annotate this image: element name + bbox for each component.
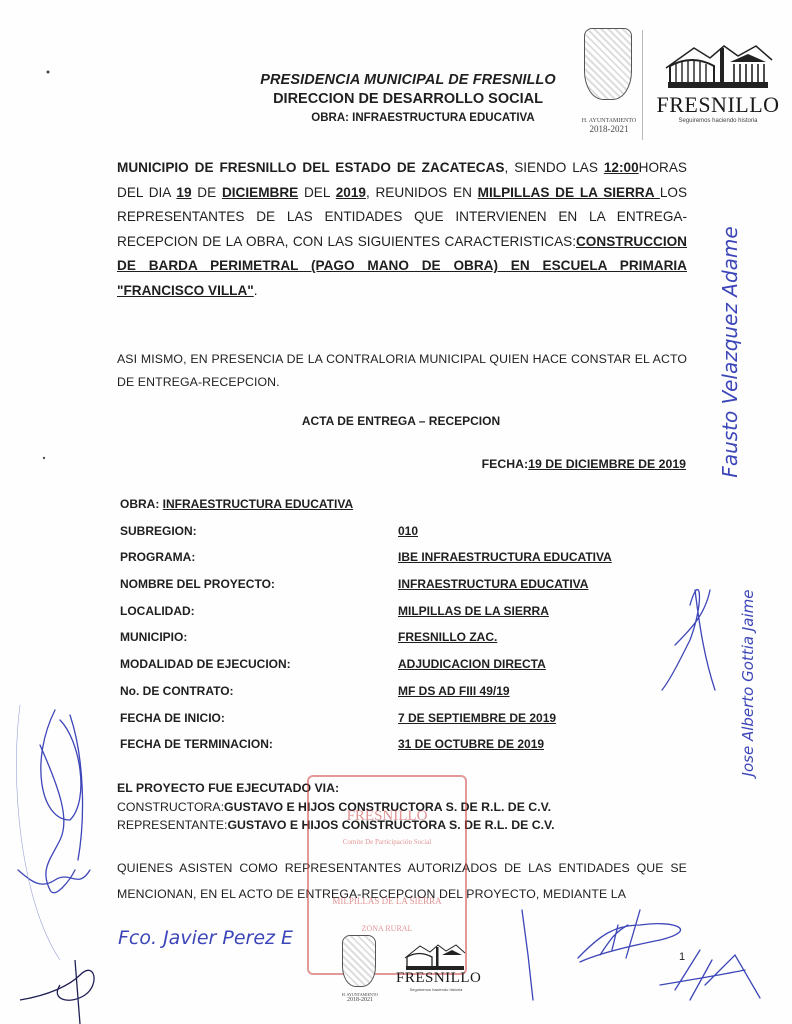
field-value: IBE INFRAESTRUCTURA EDUCATIVA [398, 550, 612, 564]
ejecucion-title: EL PROYECTO FUE EJECUTADO VIA: [117, 781, 339, 795]
fecha-line: FECHA:19 DE DICIEMBRE DE 2019 [482, 457, 686, 471]
field-value: MILPILLAS DE LA SIERRA [398, 604, 549, 618]
stamp-comite: Comite De Participación Social [307, 838, 467, 846]
field-row: No. DE CONTRATO:MF DS AD FIII 49/19 [120, 684, 620, 711]
field-row: MUNICIPIO:FRESNILLO ZAC. [120, 630, 620, 657]
field-value: 31 DE OCTUBRE DE 2019 [398, 737, 544, 751]
municipal-shield-bottom-icon [342, 935, 376, 987]
field-value: 010 [398, 524, 418, 538]
field-row: NOMBRE DEL PROYECTO:INFRAESTRUCTURA EDUC… [120, 577, 620, 604]
municipal-shield-icon [584, 28, 632, 100]
field-label: SUBREGION: [120, 524, 197, 538]
header-presidencia: PRESIDENCIA MUNICIPAL DE FRESNILLO [248, 72, 568, 88]
contraloria-paragraph: ASI MISMO, EN PRESENCIA DE LA CONTRALORI… [117, 348, 687, 394]
fresnillo-brand-logo: FRESNILLO Seguiremos haciendo historia [652, 92, 784, 124]
page-number: 1 [679, 951, 685, 963]
header-direccion: DIRECCION DE DESARROLLO SOCIAL [248, 91, 568, 107]
field-row: FECHA DE INICIO:7 DE SEPTIEMBRE DE 2019 [120, 711, 620, 738]
handwritten-name-javier: Fco. Javier Perez E [118, 927, 293, 949]
shield-caption: H. AYUNTAMIENTO 2018-2021 [570, 118, 648, 134]
header-obra: OBRA: INFRAESTRUCTURA EDUCATIVA [248, 112, 568, 124]
intro-paragraph: MUNICIPIO DE FRESNILLO DEL ESTADO DE ZAC… [117, 156, 687, 303]
field-label: MUNICIPIO: [120, 630, 187, 644]
document-header: PRESIDENCIA MUNICIPAL DE FRESNILLO DIREC… [248, 72, 568, 124]
field-label: MODALIDAD DE EJECUCION: [120, 657, 291, 671]
field-row: MODALIDAD DE EJECUCION:ADJUDICACION DIRE… [120, 657, 620, 684]
logo-divider [642, 30, 643, 140]
handwritten-name-fausto: Fausto Velazquez Adame [718, 182, 742, 522]
fecha-value: 19 DE DICIEMBRE DE 2019 [528, 457, 686, 471]
fresnillo-skyline-icon [664, 40, 774, 92]
stamp-zona: ZONA RURAL [307, 924, 467, 933]
field-label: No. DE CONTRATO: [120, 684, 234, 698]
stamp-brand: FRESNILLO [307, 808, 467, 825]
document-page: PRESIDENCIA MUNICIPAL DE FRESNILLO DIREC… [0, 0, 792, 1024]
field-label: LOCALIDAD: [120, 604, 195, 618]
field-row: LOCALIDAD:MILPILLAS DE LA SIERRA [120, 604, 620, 631]
shield-caption-bottom: H. AYUNTAMIENTO 2018-2021 [332, 992, 388, 1003]
field-value: MF DS AD FIII 49/19 [398, 684, 510, 698]
field-value: 7 DE SEPTIEMBRE DE 2019 [398, 711, 556, 725]
project-fields: OBRA: INFRAESTRUCTURA EDUCATIVA SUBREGIO… [120, 497, 620, 764]
field-label: PROGRAMA: [120, 550, 195, 564]
field-label: FECHA DE INICIO: [120, 711, 225, 725]
field-row: FECHA DE TERMINACION:31 DE OCTUBRE DE 20… [120, 737, 620, 764]
fresnillo-skyline-bottom-icon [404, 942, 466, 972]
field-row: PROGRAMA:IBE INFRAESTRUCTURA EDUCATIVA [120, 550, 620, 577]
field-label: FECHA DE TERMINACION: [120, 737, 273, 751]
field-value: ADJUDICACION DIRECTA [398, 657, 546, 671]
stamp-localidad: MILPILLAS DE LA SIERRA [307, 896, 467, 906]
obra-row: OBRA: INFRAESTRUCTURA EDUCATIVA [120, 497, 620, 524]
field-value: INFRAESTRUCTURA EDUCATIVA [398, 577, 588, 591]
field-label: NOMBRE DEL PROYECTO: [120, 577, 275, 591]
acta-title: ACTA DE ENTREGA – RECEPCION [0, 414, 792, 428]
field-value: FRESNILLO ZAC. [398, 630, 497, 644]
field-row: SUBREGION:010 [120, 524, 620, 551]
fresnillo-brand-logo-bottom: FRESNILLO Seguiremos haciendo historia [396, 970, 476, 992]
handwritten-name-jose: Jose Alberto Gottia Jaime [739, 543, 757, 823]
